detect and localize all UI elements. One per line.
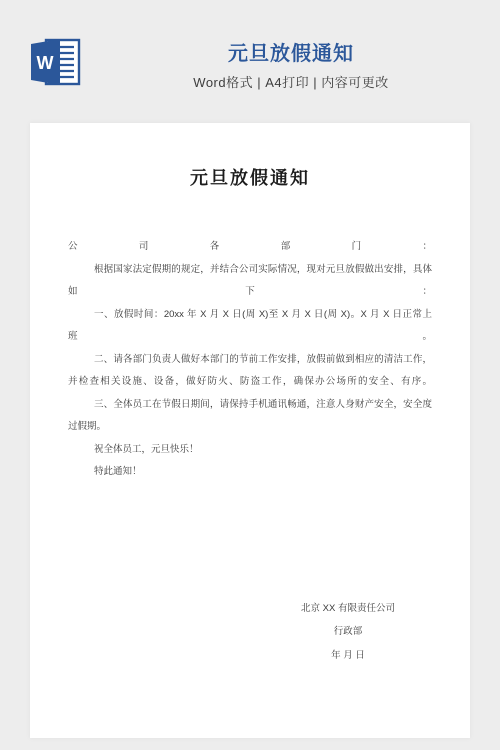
doc-line: 公 司 各 部 门 ： [68,236,432,259]
word-icon: W [29,38,81,86]
signature-block: 北京 XX 有限责任公司 行政部 年 月 日 [272,597,424,668]
doc-line: 过假期。 [68,416,432,439]
document-page: 元旦放假通知 公 司 各 部 门 ：根据国家法定假期的规定，并结合公司实际情况，… [30,123,470,738]
doc-line: 特此通知！ [68,461,432,484]
header: W 元旦放假通知 Word格式 | A4打印 | 内容可更改 [0,0,500,123]
signature-department: 行政部 [272,620,424,644]
doc-line: 并检查相关设施、设备，做好防火、防盗工作，确保办公场所的安全、有序。 [68,371,432,394]
svg-text:W: W [37,53,54,73]
signature-date: 年 月 日 [272,644,424,668]
doc-line: 根据国家法定假期的规定，并结合公司实际情况，现对元旦放假做出安排，具体 [68,259,432,282]
doc-line: 三、全体员工在节假日期间，请保持手机通讯畅通，注意人身财产安全，安全度 [68,394,432,417]
document-title: 元旦放假通知 [68,167,432,191]
doc-line: 一、放假时间：20xx 年 X 月 X 日(周 X)至 X 月 X 日(周 X)… [68,304,432,349]
page-subtitle: Word格式 | A4打印 | 内容可更改 [82,74,500,91]
doc-line: 祝全体员工，元旦快乐！ [68,439,432,462]
document-body: 公 司 各 部 门 ：根据国家法定假期的规定，并结合公司实际情况，现对元旦放假做… [68,236,432,484]
header-text-block: 元旦放假通知 Word格式 | A4打印 | 内容可更改 [82,42,500,91]
signature-company: 北京 XX 有限责任公司 [272,597,424,621]
doc-line: 如 下 ： [68,281,432,304]
page-title: 元旦放假通知 [82,42,500,66]
doc-line: 二、请各部门负责人做好本部门的节前工作安排，放假前做到相应的清洁工作， [68,349,432,372]
